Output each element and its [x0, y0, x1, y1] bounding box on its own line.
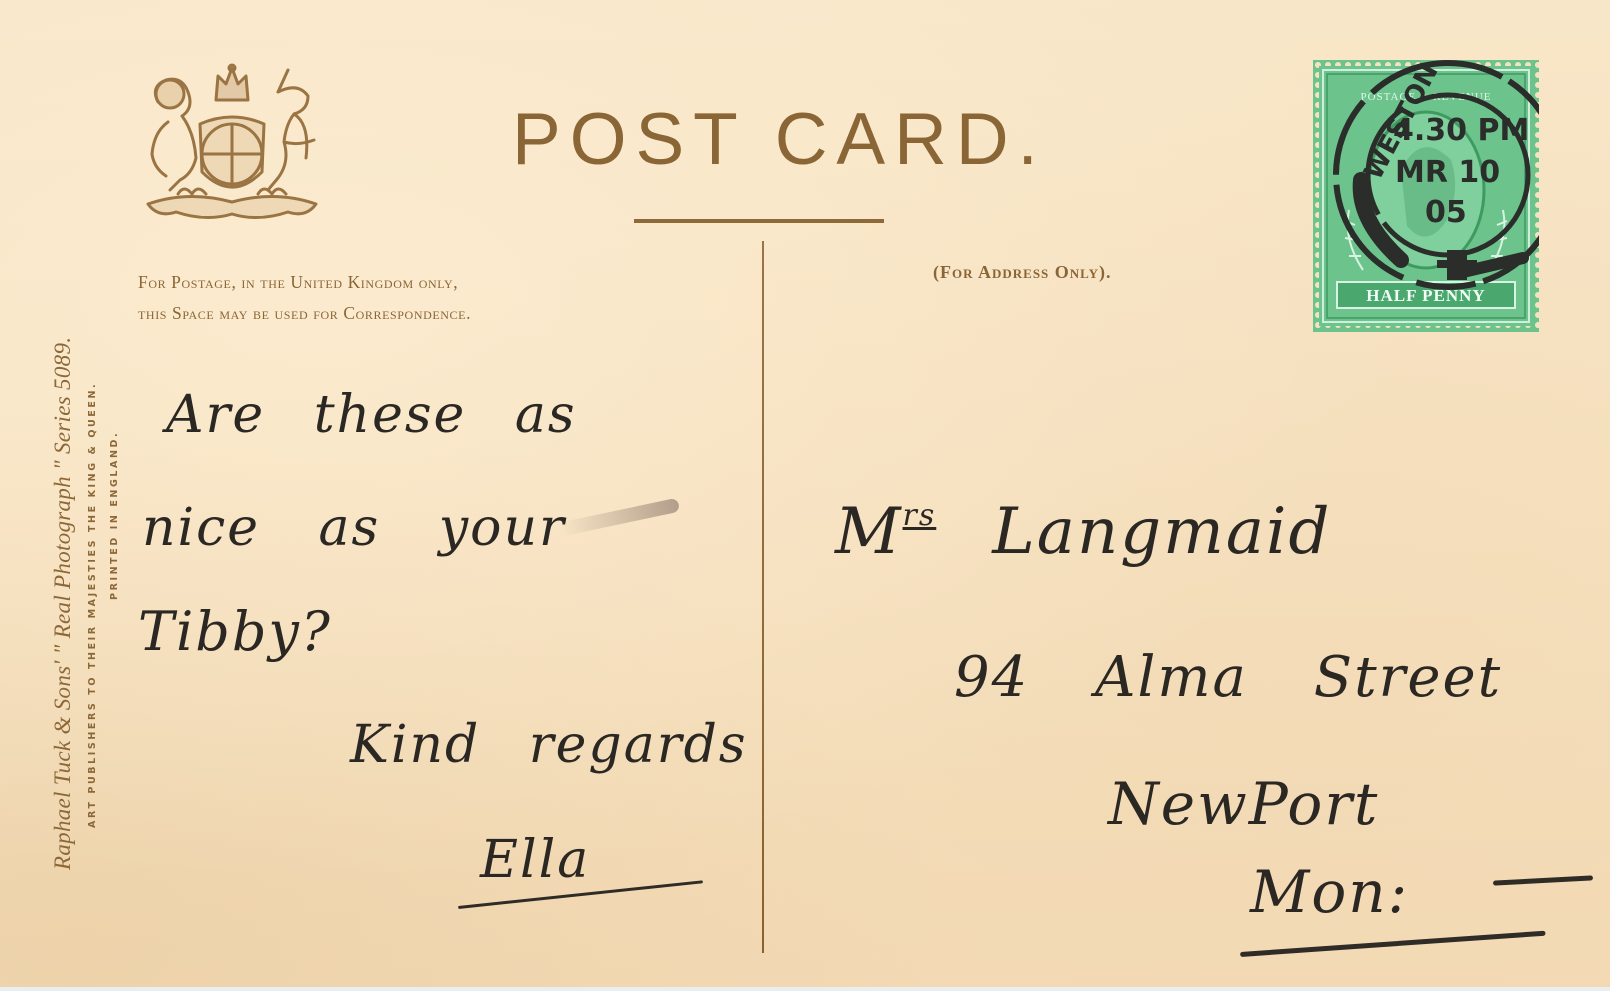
- recipient-title: M: [835, 495, 903, 569]
- correspondence-notice: For Postage, in the United Kingdom only,…: [138, 267, 471, 329]
- postcard: Raphael Tuck & Sons' " Real Photograph "…: [0, 0, 1610, 991]
- address-notice: (For Address Only).: [933, 262, 1112, 283]
- message-line-3: Tibby?: [138, 600, 332, 663]
- address-county: Mon:: [1250, 858, 1409, 926]
- card-bottom-edge: [0, 987, 1610, 991]
- signature: Ella: [480, 830, 590, 890]
- recipient-surname: Langmaid: [992, 495, 1331, 569]
- postmark-date: MR 10: [1395, 155, 1500, 190]
- address-underline: [1240, 931, 1546, 957]
- address-street: 94 Alma Street: [954, 645, 1502, 710]
- publisher-imprint: Raphael Tuck & Sons' " Real Photograph "…: [48, 337, 126, 870]
- recipient-title-sup: rs: [903, 498, 937, 533]
- title-underline: [634, 219, 884, 223]
- message-closing: Kind regards: [350, 715, 748, 775]
- publisher-name: Raphael Tuck & Sons' " Real Photograph "…: [48, 337, 78, 870]
- notice-line-2: this Space may be used for Correspondenc…: [138, 298, 471, 329]
- message-line-2: nice as your: [142, 498, 566, 558]
- ink-smudge: [560, 498, 680, 537]
- royal-crest-icon: [138, 62, 326, 227]
- notice-line-1: For Postage, in the United Kingdom only,: [138, 267, 471, 298]
- publisher-warrant: ART PUBLISHERS TO THEIR MAJESTIES THE KI…: [82, 337, 104, 828]
- postmark-time: 4.30 PM: [1393, 113, 1529, 148]
- postmark-year: 05: [1425, 195, 1467, 230]
- address-town: NewPort: [1108, 770, 1379, 838]
- message-line-1: Are these as: [166, 385, 577, 445]
- center-divider: [762, 241, 764, 953]
- address-dash: [1493, 875, 1593, 885]
- halfpenny-stamp-icon: POSTAGE & REVENUE HALF PENNY WESTON 4.30…: [1313, 60, 1539, 332]
- page-title: POST CARD.: [512, 100, 1047, 180]
- printed-in: PRINTED IN ENGLAND.: [104, 337, 126, 600]
- stamp-denomination: HALF PENNY: [1366, 286, 1485, 305]
- address-recipient: MrsLangmaid: [835, 495, 1331, 569]
